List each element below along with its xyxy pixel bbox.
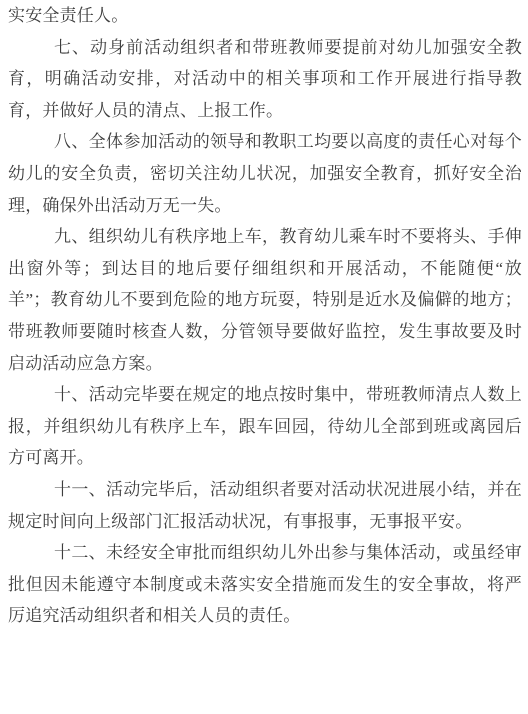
- paragraph-item-7: 七、动身前活动组织者和带班教师要提前对幼儿加强安全教育，明确活动安排，对活动中的…: [8, 32, 522, 127]
- document-page: 实安全责任人。 七、动身前活动组织者和带班教师要提前对幼儿加强安全教育，明确活动…: [0, 0, 528, 714]
- paragraph-item-10: 十、活动完毕要在规定的地点按时集中，带班教师清点人数上报，并组织幼儿有秩序上车，…: [8, 379, 522, 474]
- paragraph-continuation: 实安全责任人。: [8, 0, 522, 32]
- paragraph-item-11: 十一、活动完毕后，活动组织者要对活动状况进展小结，并在规定时间向上级部门汇报活动…: [8, 474, 522, 537]
- paragraph-item-12: 十二、未经安全审批而组织幼儿外出参与集体活动，或虽经审批但因未能遵守本制度或未落…: [8, 537, 522, 632]
- paragraph-item-8: 八、全体参加活动的领导和教职工均要以高度的责任心对每个幼儿的安全负责，密切关注幼…: [8, 126, 522, 221]
- paragraph-item-9: 九、组织幼儿有秩序地上车，教育幼儿乘车时不要将头、手伸出窗外等；到达目的地后要仔…: [8, 221, 522, 379]
